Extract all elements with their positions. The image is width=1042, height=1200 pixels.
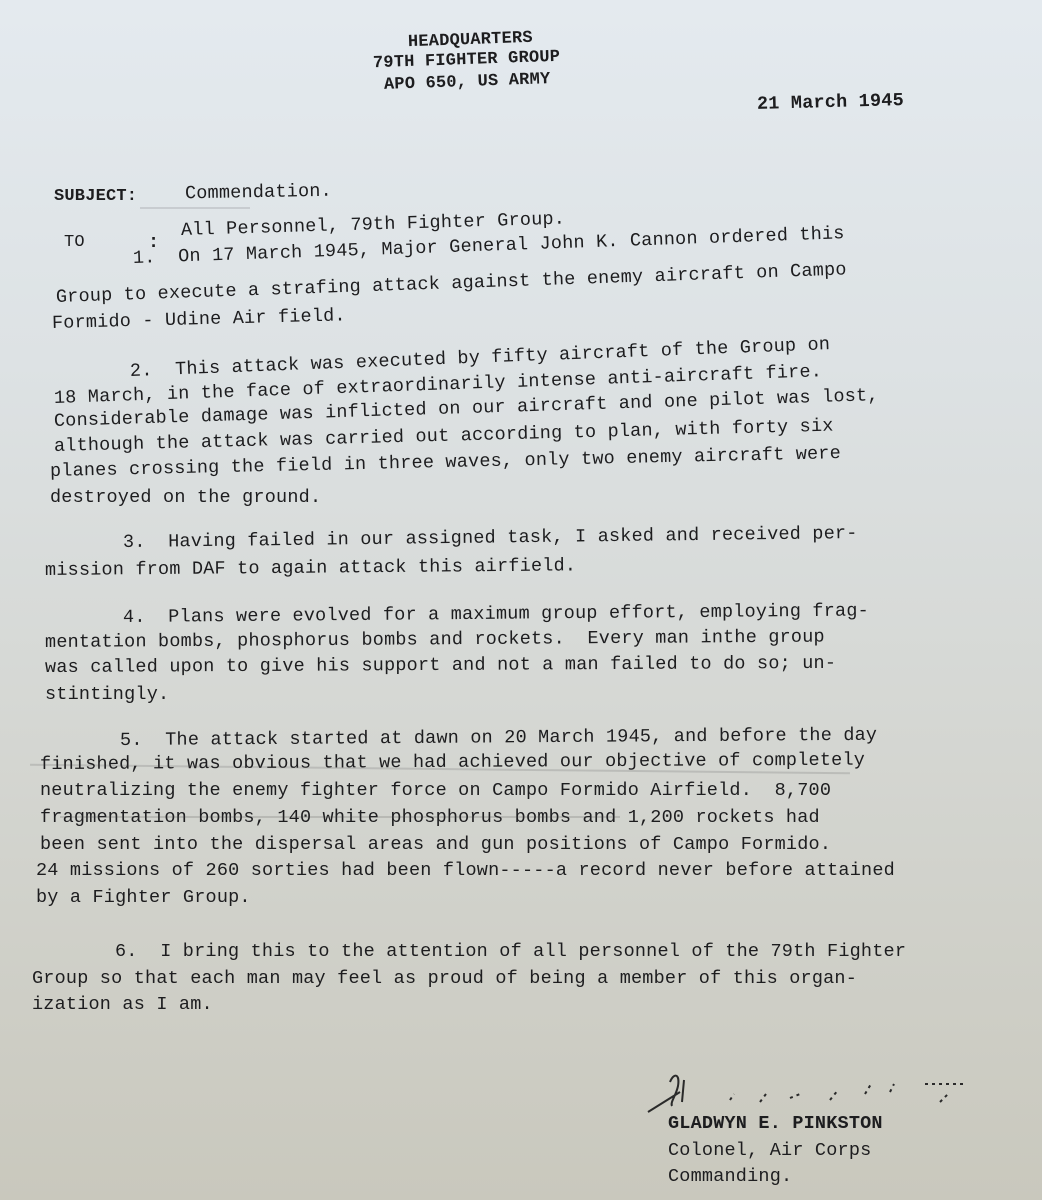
paragraph-line: been sent into the dispersal areas and g… [40,834,831,856]
paragraph-line: 6. I bring this to the attention of all … [115,941,906,963]
paragraph-line: neutralizing the enemy fighter force on … [40,780,831,802]
signer-name: GLADWYN E. PINKSTON [668,1113,883,1135]
subject-value: Commendation. [185,181,332,206]
subject-label: SUBJECT: [54,186,137,208]
ink-smudge [140,207,250,209]
paragraph-line: by a Fighter Group. [36,887,251,909]
paragraph-line: was called upon to give his support and … [45,653,836,679]
to-label: TO [64,232,85,254]
paragraph-line: stintingly. [45,684,169,706]
paragraph-line: 3. Having failed in our assigned task, I… [123,523,858,554]
paragraph-line: Formido - Udine Air field. [52,305,346,335]
paragraph-line: 4. Plans were evolved for a maximum grou… [123,600,869,629]
paragraph-line: mentation bombs, phosphorus bombs and ro… [45,627,825,654]
commendation-letter: HEADQUARTERS 79TH FIGHTER GROUP APO 650,… [0,0,1042,1200]
paragraph-line: 5. The attack started at dawn on 20 Marc… [120,725,877,752]
paragraph-line: fragmentation bombs, 140 white phosphoru… [40,807,820,829]
paragraph-line: destroyed on the ground. [50,487,321,509]
signer-title: Commanding. [668,1166,792,1188]
letter-date: 21 March 1945 [757,90,904,116]
paragraph-line: 24 missions of 260 sorties had been flow… [36,860,895,882]
paragraph-line: Group so that each man may feel as proud… [32,968,857,990]
strikethrough-mark [60,816,620,818]
signer-rank: Colonel, Air Corps [668,1140,871,1162]
paragraph-line: ization as I am. [32,994,213,1016]
letterhead-line-3: APO 650, US ARMY [384,69,551,97]
paragraph-line: mission from DAF to again attack this ai… [45,555,576,582]
